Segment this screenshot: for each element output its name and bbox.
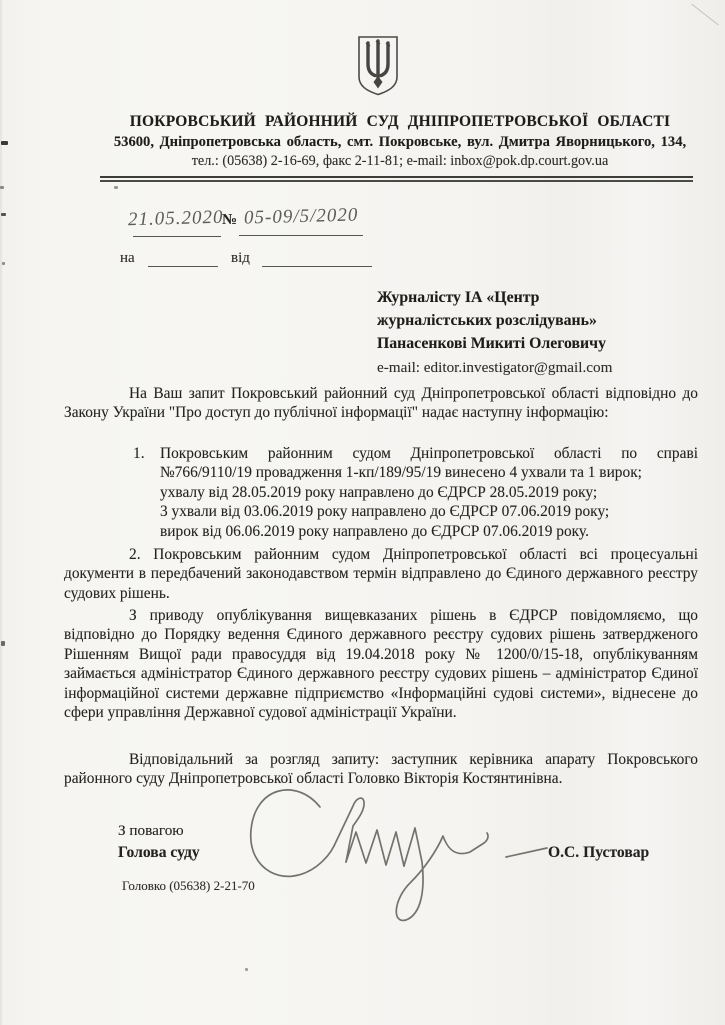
list-item-number: 1.: [133, 444, 145, 463]
date-underline: [133, 236, 221, 237]
body-paragraph-2: 2. Покровським районним судом Дніпропетр…: [64, 545, 698, 603]
na-underline: [148, 266, 218, 267]
addressee-email: e-mail: editor.investigator@gmail.com: [377, 356, 612, 379]
scan-edge-shadow: [0, 0, 2, 1025]
scan-speck: [1, 213, 6, 216]
scan-speck: [2, 262, 5, 265]
court-address: 53600, Дніпропетровська область, смт. По…: [70, 132, 725, 152]
handwritten-date: 21.05.2020: [128, 207, 224, 231]
signature-regards: З повагою: [118, 822, 184, 840]
addressee-line2: журналістських розслідувань»: [377, 309, 612, 332]
incoming-vid-label: від: [231, 250, 250, 267]
body-paragraph-1: На Ваш запит Покровський районний суд Дн…: [64, 384, 698, 423]
list-item-subline: ухвалу від 28.05.2019 року направлено до…: [64, 483, 698, 502]
scan-speck: [114, 186, 118, 189]
list-item-subline: вирок від 06.06.2019 року направлено до …: [64, 522, 698, 541]
handwritten-number: 05-09/5/2020: [244, 205, 359, 230]
scan-speck: [1, 641, 5, 646]
addressee-block: Журналісту ІА «Центр журналістських розс…: [377, 286, 612, 379]
letterhead-divider-rule: [100, 176, 693, 182]
scan-speck: [245, 968, 248, 971]
list-item-subline: 3 ухвали від 03.06.2019 року направлено …: [64, 502, 698, 521]
handwritten-signature-scribble: [225, 770, 555, 942]
addressee-line1: Журналісту ІА «Центр: [377, 286, 612, 309]
signer-position: Голова суду: [118, 844, 200, 862]
ukraine-trident-emblem-icon: [356, 34, 400, 98]
addressee-line3: Панасенкові Микиті Олеговичу: [377, 332, 612, 355]
body-paragraph-3: З приводу опублікування вищевказаних ріш…: [64, 606, 698, 722]
number-underline: [239, 235, 363, 236]
court-name: ПОКРОВСЬКИЙ РАЙОННИЙ СУД ДНІПРОПЕТРОВСЬК…: [70, 111, 725, 132]
scanned-letter-page: ПОКРОВСЬКИЙ РАЙОННИЙ СУД ДНІПРОПЕТРОВСЬК…: [0, 0, 725, 1025]
signer-name: О.С. Пустовар: [548, 844, 649, 862]
number-sign: №: [222, 212, 237, 229]
vid-underline: [262, 266, 372, 267]
executor-contact: Головко (05638) 2-21-70: [122, 878, 255, 894]
incoming-na-label: на: [120, 250, 135, 267]
list-item-text: Покровським районним судом Дніпропетровс…: [64, 444, 698, 483]
court-contacts: тел.: (05638) 2-16-69, факс 2-11-81; e-m…: [70, 152, 725, 171]
scan-speck: [0, 186, 4, 189]
body-list-item-1: 1. Покровським районним судом Дніпропетр…: [64, 444, 698, 541]
letterhead: ПОКРОВСЬКИЙ РАЙОННИЙ СУД ДНІПРОПЕТРОВСЬК…: [70, 111, 725, 171]
scan-scratch: [691, 4, 718, 26]
scan-speck: [1, 141, 8, 145]
